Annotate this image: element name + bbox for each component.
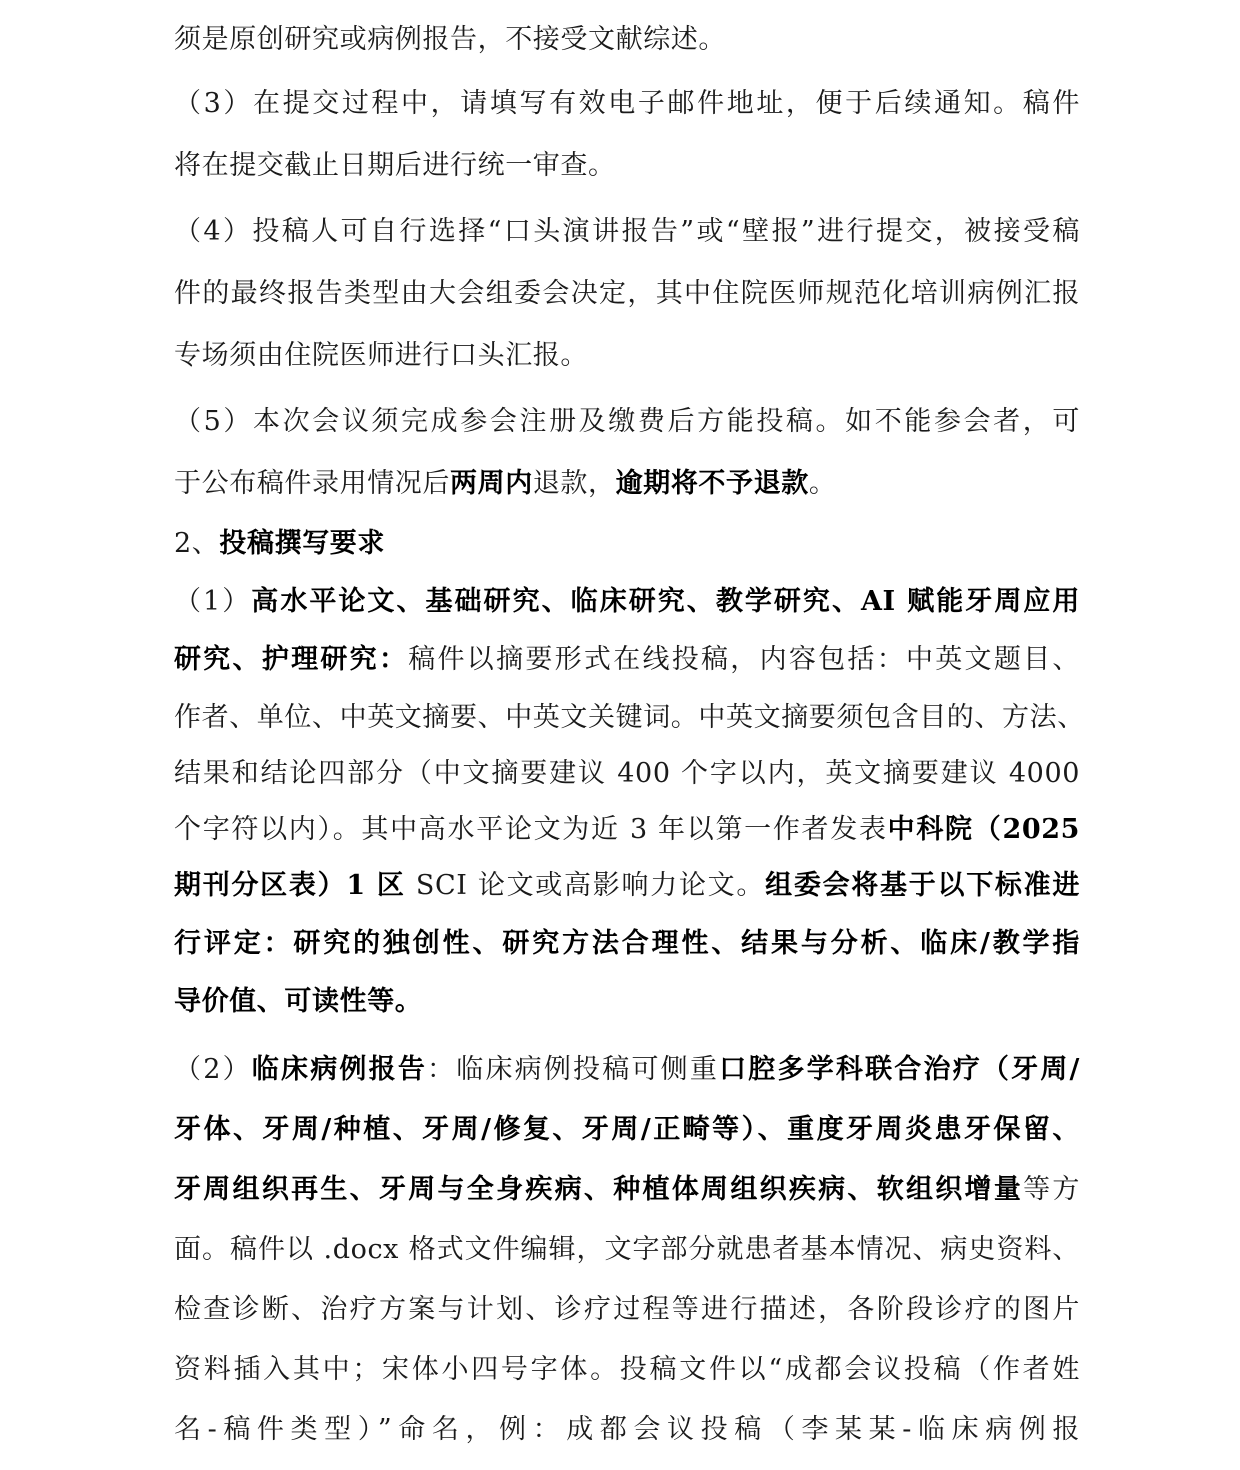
bold-text-span: 投稿撰写要求 <box>219 528 385 559</box>
text-line: 作者、单位、中英文摘要、中英文关键词。中英文摘要须包含目的、方法、 <box>174 700 1080 736</box>
bold-text-span: 牙体、牙周/种植、牙周/修复、牙周/正畸等）、重度牙周炎患牙保留、 <box>174 1114 1080 1145</box>
text-span: 须是原创研究或病例报告，不接受文献综述。 <box>174 24 726 55</box>
text-line: 专场须由住院医师进行口头汇报。 <box>174 338 1080 374</box>
text-span: 面。稿件以 .docx 格式文件编辑，文字部分就患者基本情况、病史资料、 <box>174 1234 1080 1265</box>
text-line: 资料插入其中；宋体小四号字体。投稿文件以“成都会议投稿（作者姓 <box>174 1352 1080 1388</box>
text-line: 行评定：研究的独创性、研究方法合理性、结果与分析、临床/教学指 <box>174 926 1080 962</box>
text-span: 退款， <box>533 468 616 499</box>
text-span: 作者、单位、中英文摘要、中英文关键词。中英文摘要须包含目的、方法、 <box>174 702 1085 733</box>
text-line: （5）本次会议须完成参会注册及缴费后方能投稿。如不能参会者，可 <box>174 404 1080 440</box>
text-span: 于公布稿件录用情况后 <box>174 468 450 499</box>
text-line: （3）在提交过程中，请填写有效电子邮件地址，便于后续通知。稿件 <box>174 86 1080 122</box>
bold-text-span: 临床病例报告 <box>252 1054 427 1085</box>
text-line: 个字符以内）。其中高水平论文为近 3 年以第一作者发表中科院（2025 <box>174 812 1080 848</box>
bold-text-span: 牙周组织再生、牙周与全身疾病、种植体周组织疾病、软组织增量 <box>174 1174 1023 1205</box>
text-span: （4）投稿人可自行选择“口头演讲报告”或“壁报”进行提交，被接受稿 <box>174 216 1080 247</box>
text-span: ：临床病例投稿可侧重 <box>427 1054 719 1085</box>
text-line: 须是原创研究或病例报告，不接受文献综述。 <box>174 22 1080 58</box>
text-line: 面。稿件以 .docx 格式文件编辑，文字部分就患者基本情况、病史资料、 <box>174 1232 1080 1268</box>
text-line: 期刊分区表）1 区 SCI 论文或高影响力论文。组委会将基于以下标准进 <box>174 868 1080 904</box>
text-span: （1） <box>174 586 251 617</box>
text-line: 研究、护理研究：稿件以摘要形式在线投稿，内容包括：中英文题目、 <box>174 642 1080 678</box>
text-line: （1）高水平论文、基础研究、临床研究、教学研究、AI 赋能牙周应用 <box>174 584 1080 620</box>
text-line: 件的最终报告类型由大会组委会决定，其中住院医师规范化培训病例汇报 <box>174 276 1080 312</box>
text-span: 将在提交截止日期后进行统一审查。 <box>174 150 616 181</box>
text-line: 牙周组织再生、牙周与全身疾病、种植体周组织疾病、软组织增量等方 <box>174 1172 1080 1208</box>
bold-text-span: 研究、护理研究： <box>174 644 408 675</box>
text-span: 专场须由住院医师进行口头汇报。 <box>174 340 588 371</box>
bold-text-span: 行评定：研究的独创性、研究方法合理性、结果与分析、临床/教学指 <box>174 928 1080 959</box>
bold-text-span: 高水平论文、基础研究、临床研究、教学研究、AI 赋能牙周应用 <box>251 586 1080 617</box>
text-line: （2）临床病例报告：临床病例投稿可侧重口腔多学科联合治疗（牙周/ <box>174 1052 1080 1088</box>
bold-text-span: 中科院（2025 <box>888 814 1080 845</box>
document-page: 须是原创研究或病例报告，不接受文献综述。（3）在提交过程中，请填写有效电子邮件地… <box>0 0 1240 1470</box>
bold-text-span: 期刊分区表）1 区 <box>174 870 406 901</box>
text-span: （2） <box>174 1054 252 1085</box>
bold-text-span: 两周内 <box>450 468 533 499</box>
text-span: 稿件以摘要形式在线投稿，内容包括：中英文题目、 <box>408 644 1080 675</box>
bold-text-span: 口腔多学科联合治疗（牙周/ <box>719 1054 1080 1085</box>
text-line: 牙体、牙周/种植、牙周/修复、牙周/正畸等）、重度牙周炎患牙保留、 <box>174 1112 1080 1148</box>
text-line: （4）投稿人可自行选择“口头演讲报告”或“壁报”进行提交，被接受稿 <box>174 214 1080 250</box>
text-span: 名-稿件类型）”命名，例：成都会议投稿（李某某-临床病例报 <box>174 1414 1080 1445</box>
text-line: 于公布稿件录用情况后两周内退款，逾期将不予退款。 <box>174 466 1080 502</box>
text-span: 资料插入其中；宋体小四号字体。投稿文件以“成都会议投稿（作者姓 <box>174 1354 1080 1385</box>
text-line: 将在提交截止日期后进行统一审查。 <box>174 148 1080 184</box>
bold-text-span: 逾期将不予退款 <box>616 468 809 499</box>
text-span: 。 <box>809 468 837 499</box>
text-span: 结果和结论四部分（中文摘要建议 400 个字以内，英文摘要建议 4000 <box>174 758 1080 789</box>
text-line: 结果和结论四部分（中文摘要建议 400 个字以内，英文摘要建议 4000 <box>174 756 1080 792</box>
text-span: （5）本次会议须完成参会注册及缴费后方能投稿。如不能参会者，可 <box>174 406 1080 437</box>
text-line: 名-稿件类型）”命名，例：成都会议投稿（李某某-临床病例报 <box>174 1412 1080 1448</box>
text-span: 检查诊断、治疗方案与计划、诊疗过程等进行描述，各阶段诊疗的图片 <box>174 1294 1080 1325</box>
bold-text-span: 组委会将基于以下标准进 <box>765 870 1080 901</box>
text-span: （3）在提交过程中，请填写有效电子邮件地址，便于后续通知。稿件 <box>174 88 1080 119</box>
text-span: 件的最终报告类型由大会组委会决定，其中住院医师规范化培训病例汇报 <box>174 278 1080 309</box>
text-line: 导价值、可读性等。 <box>174 984 1080 1020</box>
bold-text-span: 导价值、可读性等。 <box>174 986 422 1017</box>
text-line: 2、投稿撰写要求 <box>174 526 1080 562</box>
text-span: 2、 <box>174 528 219 559</box>
text-span: SCI 论文或高影响力论文。 <box>406 870 766 901</box>
text-span: 个字符以内）。其中高水平论文为近 3 年以第一作者发表 <box>174 814 888 845</box>
text-line: 检查诊断、治疗方案与计划、诊疗过程等进行描述，各阶段诊疗的图片 <box>174 1292 1080 1328</box>
text-span: 等方 <box>1023 1174 1080 1205</box>
